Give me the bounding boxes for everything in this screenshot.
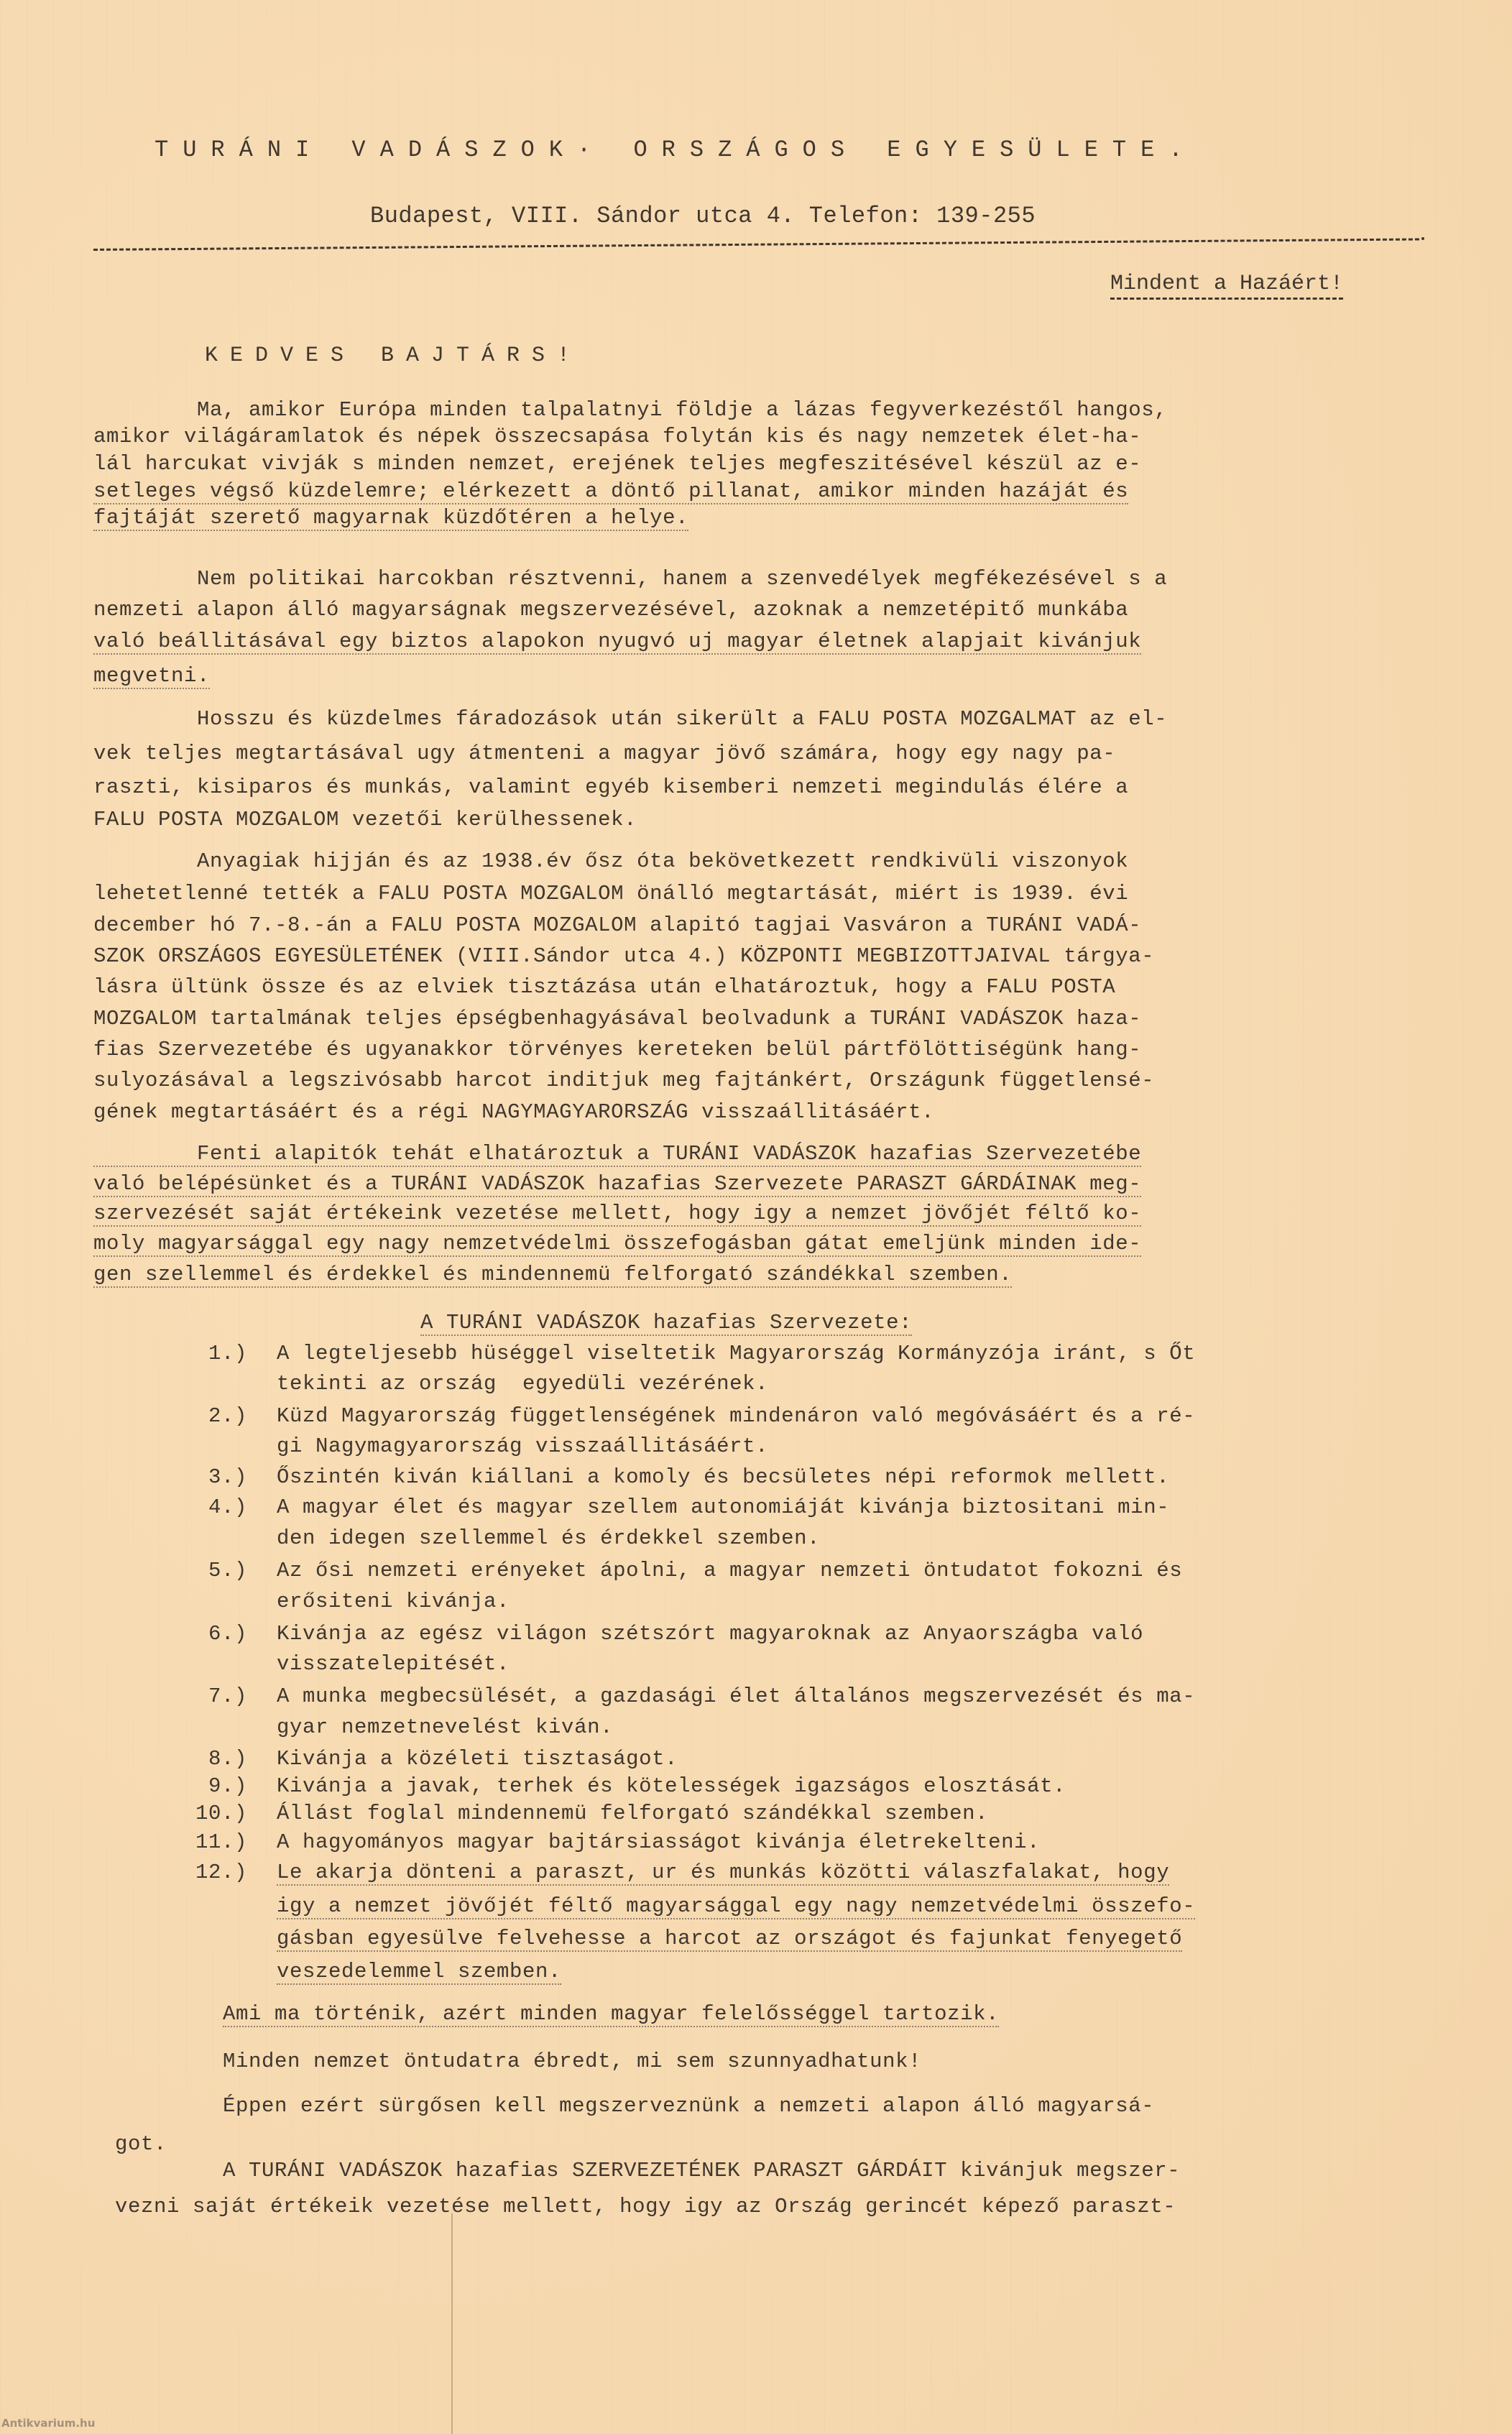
list-item-line: den idegen szellemmel és érdekkel szembe… <box>277 1527 820 1550</box>
text-line: december hó 7.-8.-án a FALU POSTA MOZGAL… <box>93 914 1141 937</box>
text-line: moly magyarsággal egy nagy nemzetvédelmi… <box>93 1232 1141 1257</box>
list-item-line: tekinti az ország egyedüli vezérének. <box>277 1373 768 1396</box>
motto: Mindent a Hazáért! <box>1110 272 1343 300</box>
text-line: Ma, amikor Európa minden talpalatnyi föl… <box>93 399 1167 422</box>
text-line: lásra ültünk össze és az elviek tisztázá… <box>93 976 1115 999</box>
list-item-line: Az ősi nemzeti erényeket ápolni, a magya… <box>277 1559 1182 1582</box>
text-line: Hosszu és küzdelmes fáradozások után sik… <box>93 708 1167 731</box>
text-line: SZOK ORSZÁGOS EGYESÜLETÉNEK (VIII.Sándor… <box>93 945 1154 968</box>
watermark: Antikvarium.hu <box>1 2417 95 2430</box>
list-number: 8.) <box>208 1748 247 1771</box>
list-number: 3.) <box>208 1466 247 1489</box>
list-number: 12.) <box>195 1861 247 1884</box>
list-item-line: A hagyományos magyar bajtársiasságot kiv… <box>277 1831 1040 1854</box>
list-number: 9.) <box>208 1775 247 1798</box>
text-line: gének megtartásáért és a régi NAGYMAGYAR… <box>93 1101 934 1124</box>
text-line: lál harcukat vivják s minden nemzet, ere… <box>93 453 1141 476</box>
list-item-line: A legteljesebb hüséggel viseltetik Magya… <box>277 1342 1195 1365</box>
list-item-line: A magyar élet és magyar szellem autonomi… <box>277 1496 1169 1519</box>
text-line: szervezését saját értékeink vezetése mel… <box>93 1202 1141 1227</box>
text-line: lehetetlenné tették a FALU POSTA MOZGALO… <box>93 882 1128 905</box>
closing-line: A TURÁNI VADÁSZOK hazafias SZERVEZETÉNEK… <box>223 2159 1180 2182</box>
text-line: FALU POSTA MOZGALOM vezetői kerülhessene… <box>93 808 637 831</box>
list-number: 1.) <box>208 1342 247 1365</box>
text-line: setleges végső küzdelemre; elérkezett a … <box>93 480 1128 504</box>
text-line: Anyagiak hijján és az 1938.év ősz óta be… <box>93 850 1128 873</box>
list-item-line: gi Nagymagyarország visszaállitásáért. <box>277 1435 768 1458</box>
text-line: amikor világáramlatok és népek összecsap… <box>93 425 1141 448</box>
closing-line: Éppen ezért sürgősen kell megszerveznünk… <box>223 2095 1154 2118</box>
organization-title: TURÁNI VADÁSZOK· ORSZÁGOS EGYESÜLETE. <box>155 137 1197 163</box>
list-item-line: Kivánja az egész világon szétszórt magya… <box>277 1623 1143 1646</box>
list-item-line: gásban egyesülve felvehesse a harcot az … <box>277 1927 1182 1952</box>
list-item-line: A munka megbecsülését, a gazdasági élet … <box>277 1685 1195 1708</box>
list-item-line: Állást foglal mindennemü felforgató szán… <box>277 1802 988 1825</box>
closing-line: Minden nemzet öntudatra ébredt, mi sem s… <box>223 2050 921 2073</box>
closing-line: Ami ma történik, azért minden magyar fel… <box>223 2003 999 2027</box>
letterhead-address: Budapest, VIII. Sándor utca 4. Telefon: … <box>370 203 1036 229</box>
list-item-line: Őszintén kiván kiállani a komoly és becs… <box>277 1466 1169 1489</box>
text-line: gen szellemmel és érdekkel és mindennemü… <box>93 1263 1012 1288</box>
closing-line: vezni saját értékeik vezetése mellett, h… <box>115 2195 1176 2218</box>
list-item-line: visszatelepitését. <box>277 1653 510 1676</box>
list-number: 7.) <box>208 1685 247 1708</box>
list-item-line: Le akarja dönteni a paraszt, ur és munká… <box>277 1861 1169 1886</box>
text-line: vek teljes megtartásával ugy átmenteni a… <box>93 742 1115 765</box>
text-line: sulyozásával a legszivósabb harcot indit… <box>93 1069 1154 1092</box>
list-number: 11.) <box>195 1831 247 1854</box>
list-item-line: veszedelemmel szemben. <box>277 1960 561 1985</box>
list-item-line: Küzd Magyarország függetlenségének minde… <box>277 1405 1195 1428</box>
closing-line: got. <box>115 2133 167 2156</box>
list-number: 6.) <box>208 1623 247 1646</box>
text-line: fajtáját szerető magyarnak küzdőtéren a … <box>93 507 688 531</box>
divider-end-dot <box>1421 237 1424 240</box>
list-number: 2.) <box>208 1405 247 1428</box>
text-line: való beállitásával egy biztos alapokon n… <box>93 630 1141 655</box>
list-item-line: igy a nemzet jövőjét féltő magyarsággal … <box>277 1895 1195 1919</box>
list-item-line: erősiteni kivánja. <box>277 1590 510 1613</box>
list-item-line: Kivánja a közéleti tisztaságot. <box>277 1748 678 1771</box>
text-line: Nem politikai harcokban résztvenni, hane… <box>93 568 1167 591</box>
text-line: megvetni. <box>93 665 210 689</box>
list-item-line: gyar nemzetnevelést kiván. <box>277 1716 613 1739</box>
list-number: 5.) <box>208 1559 247 1582</box>
text-line: nemzeti alapon álló magyarságnak megszer… <box>93 599 1128 622</box>
program-heading: A TURÁNI VADÁSZOK hazafias Szervezete: <box>420 1311 912 1336</box>
text-line: Fenti alapitók tehát elhatároztuk a TURÁ… <box>93 1143 1141 1167</box>
text-line: raszti, kisiparos és munkás, valamint eg… <box>93 776 1128 799</box>
list-number: 10.) <box>195 1802 247 1825</box>
text-line: MOZGALOM tartalmának teljes épségbenhagy… <box>93 1008 1141 1031</box>
list-item-line: Kivánja a javak, terhek és kötelességek … <box>277 1775 1066 1798</box>
text-line: való belépésünket és a TURÁNI VADÁSZOK h… <box>93 1173 1141 1197</box>
salutation: KEDVES BAJTÁRS! <box>205 344 582 368</box>
text-line: fias Szervezetébe és ugyanakkor törvénye… <box>93 1038 1141 1061</box>
paper-fold-crease <box>451 2213 453 2434</box>
list-number: 4.) <box>208 1496 247 1519</box>
